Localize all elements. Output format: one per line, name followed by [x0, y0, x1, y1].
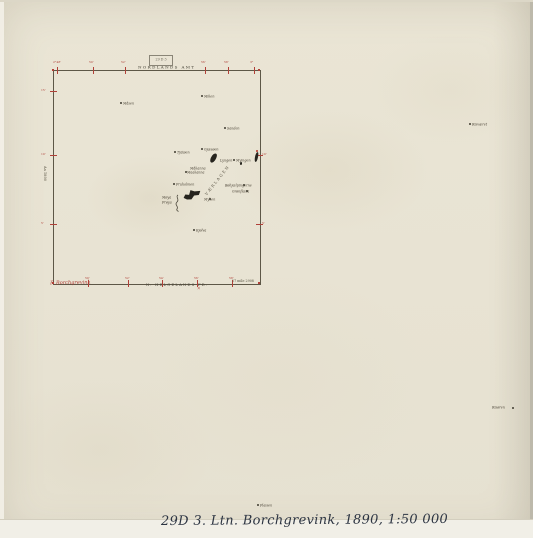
graticule-tick-top [254, 67, 255, 74]
place-label-bohjelpingerne: Bøhjælpingerne [225, 184, 252, 187]
graticule-tick-top [125, 67, 126, 74]
islet-dot [512, 407, 514, 409]
graticule-corner-mark [52, 69, 54, 71]
islet-dot [201, 148, 203, 150]
graticule-tick-top [57, 67, 58, 74]
place-label-froya: Frøya [162, 201, 172, 204]
place-label-gjesoen: Gjæsøen [204, 148, 219, 151]
islet-dot [246, 190, 248, 192]
islet-dot [233, 159, 235, 161]
graticule-tick-label-top: 50' [89, 61, 94, 64]
islet-dot [224, 127, 226, 129]
reef-chain-outline [173, 194, 183, 212]
place-label-lyngen: Lyngen [220, 159, 232, 162]
place-label-risvaeret: Risværet [472, 123, 487, 126]
islet-dot [185, 171, 187, 173]
place-label-sanden: Sanden [227, 127, 240, 130]
islet-dot [174, 151, 176, 153]
graticule-corner-mark [258, 282, 260, 284]
left-margin-note: Aa 1890 [43, 166, 47, 181]
graticule-tick-label-bottom: 52' [125, 277, 130, 280]
place-label-maasen: Måsen [123, 102, 134, 105]
islet-dot [201, 95, 203, 97]
graticule-tick-label-left: 10' [41, 153, 46, 156]
place-label-myingen: Myingen [236, 159, 251, 162]
map-neatline [53, 70, 261, 285]
graticule-tick-label-top: 52' [121, 61, 126, 64]
islet-dot [469, 123, 471, 125]
graticule-tick-label-left: 5' [41, 222, 44, 225]
graticule-tick-label-top: 3° [250, 61, 253, 64]
place-label-maakanna-lower: Maakanna [187, 171, 205, 174]
place-label-flaesen: Flæsen [260, 504, 272, 507]
islet-dot [243, 184, 245, 186]
graticule-tick-label-bottom: 54' [159, 277, 164, 280]
islet-dot [173, 183, 175, 185]
place-label-risoren: Risøren [492, 406, 505, 409]
islet-dot [193, 229, 195, 231]
scan-edge-top [0, 0, 533, 2]
graticule-tick-label-bottom: 56' [194, 277, 199, 280]
graticule-tick-left [50, 91, 57, 92]
surveyor-signature-red: F. Borchgrevink [50, 279, 91, 285]
island-red-dot [256, 150, 258, 152]
graticule-corner-mark [258, 69, 260, 71]
place-label-kjolva: Kjølva [196, 229, 206, 232]
islet-dot [120, 102, 122, 104]
place-label-tjatoen: Tjatøen [177, 151, 190, 154]
graticule-tick-label-top: 56' [201, 61, 206, 64]
map-sheet-scan: 29 D 3 NORDLANDS AMT 2°48'50'52'56'58'3°… [0, 0, 533, 538]
place-label-fruholmen: Fruholmen [176, 183, 194, 186]
red-cross-mark: × [197, 286, 201, 291]
graticule-tick-label-right: 5' [262, 222, 265, 225]
scan-edge-left [0, 0, 4, 538]
graticule-tick-bottom [128, 280, 129, 287]
graticule-tick-label-right: 10' [262, 153, 267, 156]
islet-dot [257, 504, 259, 506]
islet-dot [209, 198, 211, 200]
graticule-tick-label-top: 2°48' [53, 61, 61, 64]
island-small-ne [240, 162, 242, 165]
graticule-tick-left [50, 155, 57, 156]
place-label-moya: Møya [162, 196, 171, 199]
handwritten-caption: 29D 3. Ltn. Borchgrevink, 1890, 1:50 000 [161, 512, 448, 529]
print-note: 27 mile 2908 [232, 279, 254, 283]
place-label-miken: Miken [204, 95, 215, 98]
graticule-tick-top [205, 67, 206, 74]
graticule-tick-top [228, 67, 229, 74]
sheet-number-text: 29 D 3 [155, 58, 166, 62]
graticule-tick-top [93, 67, 94, 74]
graticule-tick-left [50, 224, 57, 225]
graticule-tick-label-left: 15' [41, 89, 46, 92]
graticule-tick-label-top: 58' [224, 61, 229, 64]
